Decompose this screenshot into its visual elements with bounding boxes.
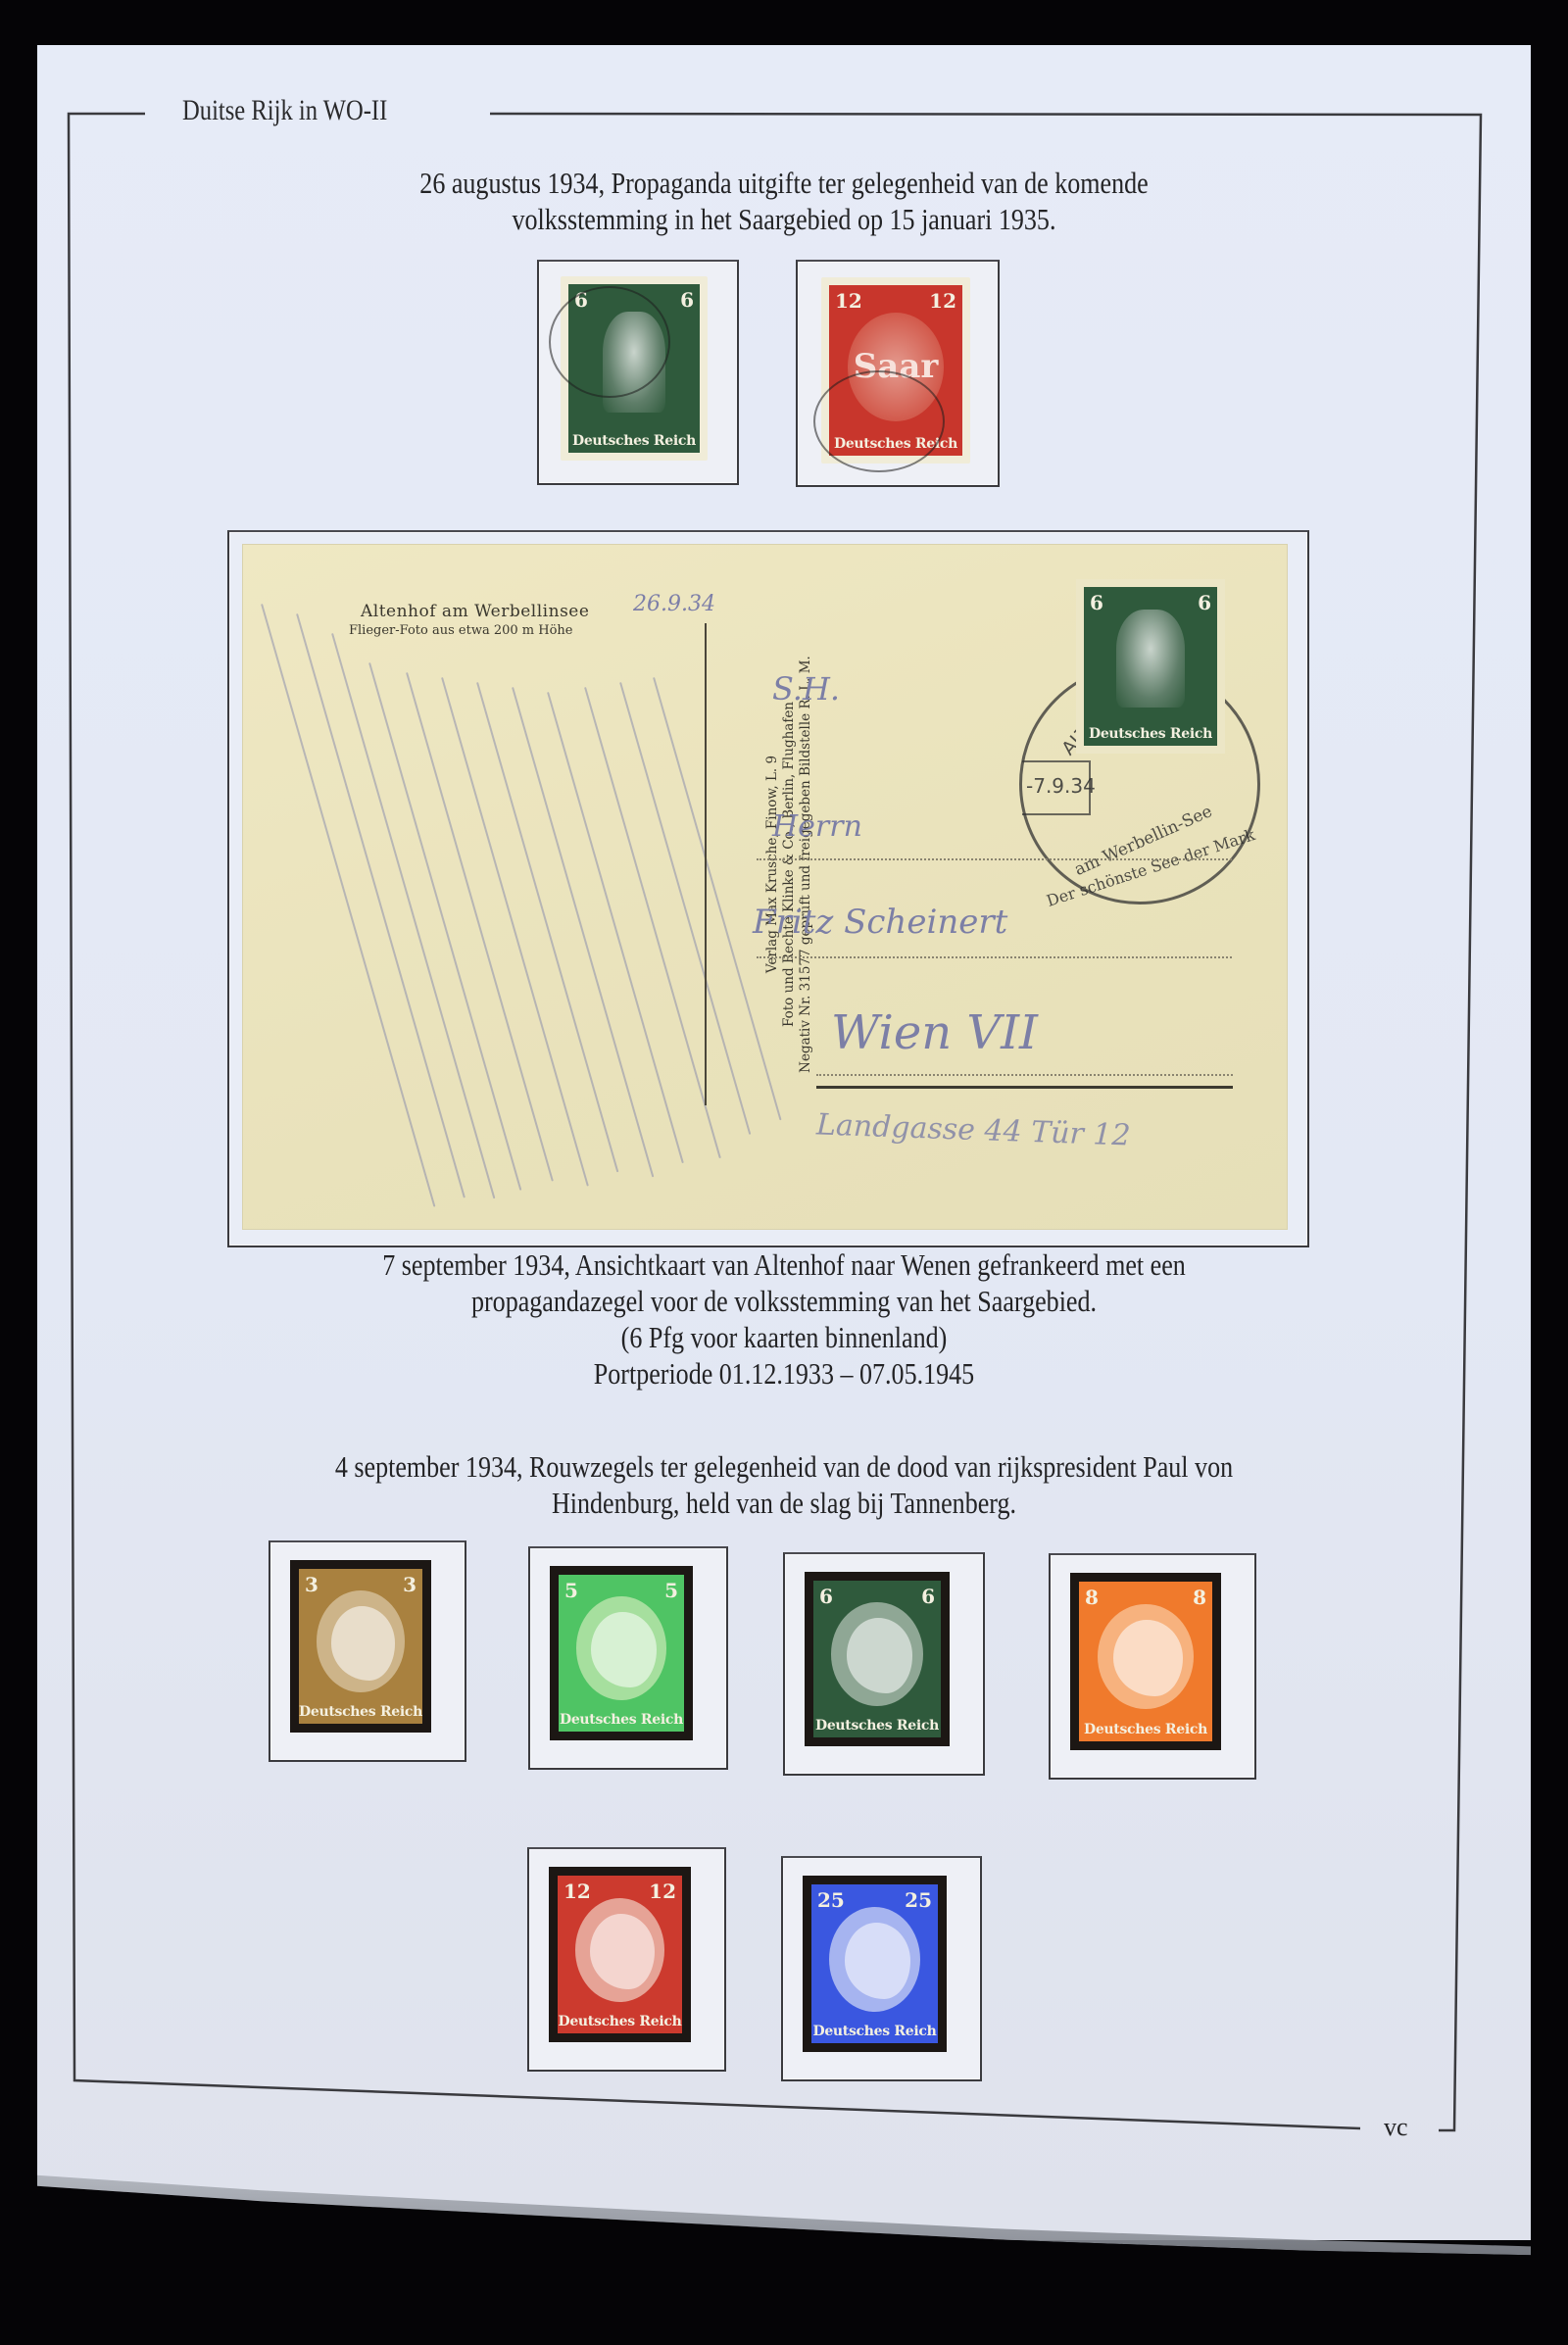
stamp-value: 25: [905, 1888, 932, 1912]
stamp-value: 12: [929, 289, 956, 313]
caption-saar: 26 augustus 1934, Propaganda uitgifte te…: [0, 165, 1568, 237]
stamp-value: 3: [403, 1573, 416, 1596]
caption-line: 7 september 1934, Ansichtkaart van Alten…: [125, 1246, 1443, 1283]
stamp-saar-12: Saar 12 12 Deutsches Reich: [821, 277, 970, 464]
page-number: vc: [1384, 2113, 1408, 2142]
stamp-mount: 2525Deutsches Reich: [781, 1856, 982, 2081]
address-line: [757, 956, 1232, 958]
stamp-inscription: Deutsches Reich: [559, 1712, 684, 1728]
stamp-mount: 88Deutsches Reich: [1049, 1553, 1256, 1780]
stamp-inscription: Deutsches Reich: [811, 2024, 938, 2039]
stamp-value: 12: [649, 1880, 676, 1903]
stamp-value: 25: [817, 1888, 845, 1912]
stamp-value: 5: [664, 1579, 678, 1602]
stamp-hindenburg-3: 33Deutsches Reich: [290, 1560, 431, 1733]
address-underline: [816, 1086, 1233, 1089]
stamp-value: 6: [819, 1585, 833, 1608]
stamp-mount: 66Deutsches Reich: [783, 1552, 985, 1776]
stamp-mount: 1212Deutsches Reich: [527, 1847, 726, 2072]
header-title: Duitse Rijk in WO-II: [182, 94, 387, 127]
stamp-value: 12: [835, 289, 862, 313]
caption-postcard: 7 september 1934, Ansichtkaart van Alten…: [0, 1246, 1568, 1392]
stamp-inscription: Deutsches Reich: [299, 1704, 422, 1720]
caption-line: propagandazegel voor de volksstemming va…: [125, 1283, 1443, 1319]
stamp-hindenburg-6: 66Deutsches Reich: [805, 1572, 950, 1746]
stamp-hindenburg-8: 88Deutsches Reich: [1070, 1573, 1221, 1750]
stamp-value: 6: [680, 288, 694, 312]
postcard-stamp: 6 6 Deutsches Reich: [1076, 579, 1225, 754]
address-city: Wien VII: [831, 1005, 1038, 1060]
stamp-mount: 55Deutsches Reich: [528, 1546, 728, 1770]
stamp-mount: Saar 12 12 Deutsches Reich: [796, 260, 1000, 487]
address-line: [757, 858, 1232, 860]
stamp-hindenburg-12: 1212Deutsches Reich: [549, 1867, 691, 2042]
address-salutation: S.H.: [772, 670, 840, 708]
stamp-value: 8: [1193, 1586, 1206, 1609]
address-name: Fritz Scheinert: [753, 903, 1007, 942]
stamp-value: 6: [921, 1585, 935, 1608]
caption-line: volksstemming in het Saargebied op 15 ja…: [125, 201, 1443, 237]
stamp-inscription: Deutsches Reich: [1084, 726, 1217, 742]
stamp-value: 6: [1090, 591, 1103, 614]
caption-line: Hindenburg, held van de slag bij Tannenb…: [125, 1485, 1443, 1521]
stamp-mount: 6 6 Deutsches Reich: [537, 260, 739, 485]
stamp-value: 8: [1085, 1586, 1099, 1609]
postcard: Altenhof am Werbellinsee Flieger-Foto au…: [243, 545, 1287, 1229]
stamp-inscription: Deutsches Reich: [568, 433, 700, 449]
postcard-handwritten-date: 26.9.34: [633, 592, 715, 616]
caption-line: (6 Pfg voor kaarten binnenland): [125, 1319, 1443, 1355]
stamp-inscription: Deutsches Reich: [1079, 1722, 1212, 1737]
stamp-inscription: Deutsches Reich: [558, 2014, 682, 2029]
postcard-publisher-imprint: Verlag Max Krusche, Finow, L. 9 Foto und…: [706, 610, 764, 1119]
stamp-mount: 33Deutsches Reich: [269, 1540, 466, 1762]
address-line: [816, 1074, 1233, 1076]
caption-hindenburg: 4 september 1934, Rouwzegels ter gelegen…: [0, 1448, 1568, 1521]
stamp-hindenburg-25: 2525Deutsches Reich: [803, 1876, 947, 2052]
address-herrn: Herrn: [772, 809, 862, 844]
stamp-inscription: Deutsches Reich: [813, 1718, 941, 1734]
postmark-date: -7.9.34: [1026, 774, 1096, 798]
postcard-picture-subtitle: Flieger-Foto aus etwa 200 m Höhe: [349, 623, 572, 638]
stamp-value: 6: [1198, 591, 1211, 614]
caption-line: 4 september 1934, Rouwzegels ter gelegen…: [125, 1448, 1443, 1485]
stamp-hindenburg-5: 55Deutsches Reich: [550, 1566, 693, 1740]
postcard-picture-title: Altenhof am Werbellinsee: [361, 602, 589, 621]
stamp-saar-6: 6 6 Deutsches Reich: [561, 276, 708, 461]
address-street: Landgasse 44 Tür 12: [815, 1107, 1131, 1152]
stamp-value: 3: [305, 1573, 318, 1596]
stamp-value: 12: [563, 1880, 591, 1903]
stamp-value: 5: [564, 1579, 578, 1602]
caption-line: Portperiode 01.12.1933 – 07.05.1945: [125, 1355, 1443, 1392]
caption-line: 26 augustus 1934, Propaganda uitgifte te…: [125, 165, 1443, 201]
